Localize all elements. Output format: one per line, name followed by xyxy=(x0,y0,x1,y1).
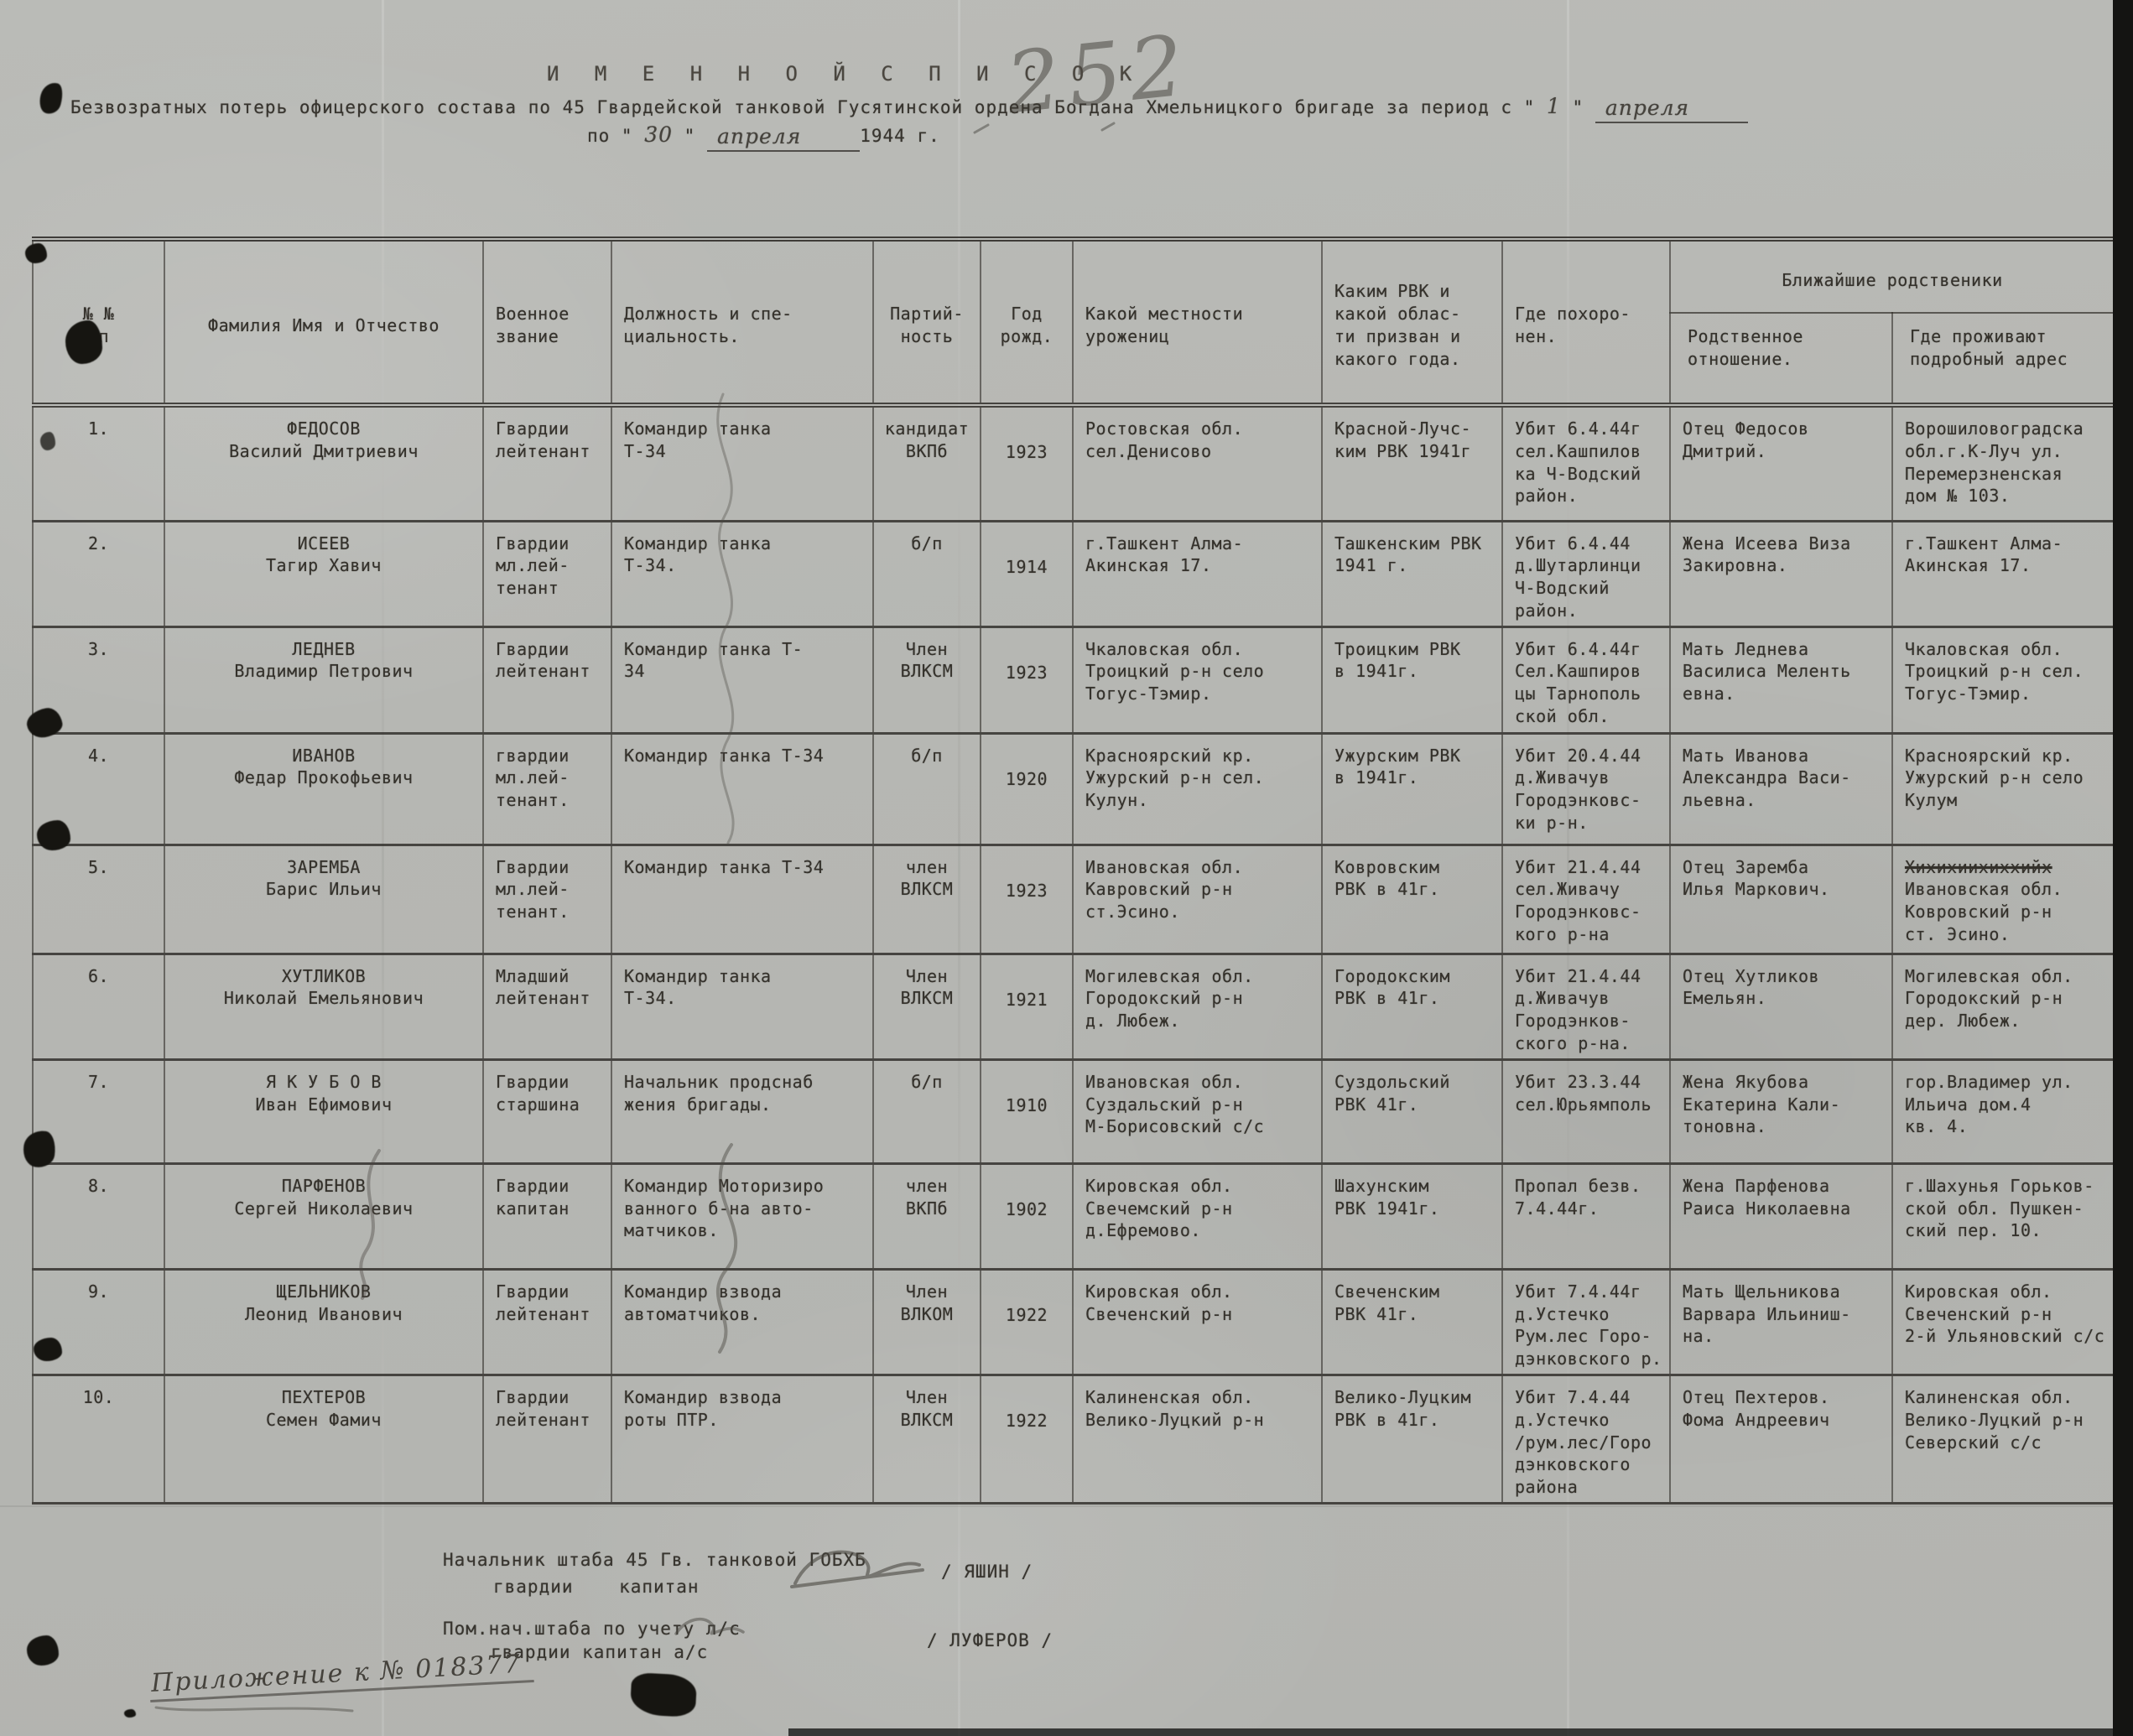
table-row: 4.ИВАНОВ Федар Прокофьевичгвардии мл.лей… xyxy=(33,733,2115,845)
cell-party: кандидат ВКПб xyxy=(873,405,981,521)
cell-birthplace: Могилевская обл. Городокский р-н д. Любе… xyxy=(1073,954,1322,1059)
tear-mark xyxy=(37,820,70,850)
cell-rvk: Суздольский РВК 41г. xyxy=(1322,1059,1502,1163)
cell-relation: Жена Исеева Виза Закировна. xyxy=(1670,521,1892,626)
table-row: 10.ПЕХТЕРОВ Семен ФамичГвардии лейтенант… xyxy=(33,1375,2115,1504)
cell-burial: Убит 21.4.44 д.Живачув Городэнков- ского… xyxy=(1502,954,1670,1059)
cell-rvk: Городокским РВК в 41г. xyxy=(1322,954,1502,1059)
col-header-year: Год рожд. xyxy=(981,239,1073,405)
cell-burial: Убит 6.4.44г сел.Кашпилов ка Ч-Водский р… xyxy=(1502,405,1670,521)
cell-address: Хихихиихиххийх Ивановская обл. Ковровски… xyxy=(1892,845,2115,954)
cell-birthplace: Калиненская обл. Велико-Луцкий р-н xyxy=(1073,1375,1322,1504)
cell-year: 1923 xyxy=(981,405,1073,521)
cell-rvk: Ташкенским РВК 1941 г. xyxy=(1322,521,1502,626)
tear-mark xyxy=(630,1672,698,1718)
cell-address: Красноярский кр. Ужурский р-н село Кулум xyxy=(1892,733,2115,845)
cell-name: ПАРФЕНОВ Сергей Николаевич xyxy=(164,1163,483,1269)
cell-address: Ворошиловоградска обл.г.К-Луч ул. Переме… xyxy=(1892,405,2115,521)
cell-rvk: Ковровским РВК в 41г. xyxy=(1322,845,1502,954)
cell-rank: Гвардии мл.лей- тенант xyxy=(483,521,611,626)
cell-position: Командир танка Т-34 xyxy=(611,845,873,954)
cell-address: г.Шахунья Горьков- ской обл. Пушкен- ски… xyxy=(1892,1163,2115,1269)
cell-position: Командир танка Т-34 xyxy=(611,733,873,845)
cell-position: Командир танка Т-34 xyxy=(611,405,873,521)
handwritten-month-to: апреля xyxy=(707,124,860,152)
cell-position: Командир Моторизиро ванного б-на авто- м… xyxy=(611,1163,873,1269)
table-row: 6.ХУТЛИКОВ Николай ЕмельяновичМладший ле… xyxy=(33,954,2115,1059)
table-row: 1.ФЕДОСОВ Василий ДмитриевичГвардии лейт… xyxy=(33,405,2115,521)
cell-address: Кировская обл. Свеченский р-н 2-й Ульяно… xyxy=(1892,1269,2115,1375)
col-header-relatives-group: Ближайшие родственики xyxy=(1670,239,2115,313)
cell-rank: Гвардии старшина xyxy=(483,1059,611,1163)
cell-position: Начальник продснаб жения бригады. xyxy=(611,1059,873,1163)
signature1-name: / ЯШИН / xyxy=(941,1562,1033,1582)
cell-rank: гвардии мл.лей- тенант. xyxy=(483,733,611,845)
cell-party: б/п xyxy=(873,733,981,845)
cell-birthplace: Ивановская обл. Кавровский р-н ст.Эсино. xyxy=(1073,845,1322,954)
cell-party: Член ВЛКСМ xyxy=(873,954,981,1059)
cell-position: Командир взвода роты ПТР. xyxy=(611,1375,873,1504)
cell-address: г.Ташкент Алма- Акинская 17. xyxy=(1892,521,2115,626)
tear-mark xyxy=(65,320,102,364)
signature1-title: Начальник штаба 45 Гв. танковой ГОБХБ xyxy=(443,1550,866,1570)
col-header-name: Фамилия Имя и Отчество xyxy=(164,239,483,405)
col-header-relation: Родственное отношение. xyxy=(1670,313,1892,405)
casualty-list-table: № № пп Фамилия Имя и Отчество Военное зв… xyxy=(32,236,2115,1505)
cell-year: 1922 xyxy=(981,1269,1073,1375)
table-header: № № пп Фамилия Имя и Отчество Военное зв… xyxy=(33,239,2115,405)
handwritten-day-to: 30 xyxy=(644,122,673,147)
cell-relation: Мать Иванова Александра Васи- льевна. xyxy=(1670,733,1892,845)
cell-burial: Убит 6.4.44г Сел.Кашпиров цы Тарнополь с… xyxy=(1502,626,1670,733)
cell-party: б/п xyxy=(873,1059,981,1163)
cell-year: 1920 xyxy=(981,733,1073,845)
subtitle-year: 1944 г. xyxy=(860,126,940,146)
cell-name: ИСЕЕВ Тагир Хавич xyxy=(164,521,483,626)
tear-mark xyxy=(124,1709,136,1718)
cell-relation: Отец Хутликов Емельян. xyxy=(1670,954,1892,1059)
cell-party: член ВКПб xyxy=(873,1163,981,1269)
cell-name: ЛЕДНЕВ Владимир Петрович xyxy=(164,626,483,733)
cell-birthplace: Кировская обл. Свечемский р-н д.Ефремово… xyxy=(1073,1163,1322,1269)
cell-address: гор.Владимер ул. Ильича дом.4 кв. 4. xyxy=(1892,1059,2115,1163)
tear-mark xyxy=(40,432,55,450)
cell-rvk: Шахунским РВК 1941г. xyxy=(1322,1163,1502,1269)
cell-position: Командир взвода автоматчиков. xyxy=(611,1269,873,1375)
cell-rvk: Троицким РВК в 1941г. xyxy=(1322,626,1502,733)
cell-rank: Гвардии лейтенант xyxy=(483,1269,611,1375)
cell-party: член ВЛКСМ xyxy=(873,845,981,954)
table-body: 1.ФЕДОСОВ Василий ДмитриевичГвардии лейт… xyxy=(33,405,2115,1504)
cell-num: 5. xyxy=(33,845,164,954)
scan-edge-bottom xyxy=(788,1728,2113,1736)
cell-birthplace: Ивановская обл. Суздальский р-н М-Борисо… xyxy=(1073,1059,1322,1163)
cell-year: 1923 xyxy=(981,626,1073,733)
cell-name: ЩЕЛЬНИКОВ Леонид Иванович xyxy=(164,1269,483,1375)
col-header-birthplace: Какой местности урожениц xyxy=(1073,239,1322,405)
cell-rank: Гвардии капитан xyxy=(483,1163,611,1269)
cell-name: ЗАРЕМБА Барис Ильич xyxy=(164,845,483,954)
cell-position: Командир танка Т- 34 xyxy=(611,626,873,733)
cell-party: б/п xyxy=(873,521,981,626)
cell-relation: Мать Леднева Василиса Меленть евна. xyxy=(1670,626,1892,733)
cell-relation: Мать Щельникова Варвара Ильиниш- на. xyxy=(1670,1269,1892,1375)
subtitle-quote: " xyxy=(1561,97,1595,117)
cell-name: ИВАНОВ Федар Прокофьевич xyxy=(164,733,483,845)
cell-relation: Жена Якубова Екатерина Кали- тоновна. xyxy=(1670,1059,1892,1163)
cell-year: 1910 xyxy=(981,1059,1073,1163)
cell-rvk: Красной-Лучс- ким РВК 1941г xyxy=(1322,405,1502,521)
col-header-burial: Где похоро- нен. xyxy=(1502,239,1670,405)
cell-birthplace: Чкаловская обл. Троицкий р-н село Тогус-… xyxy=(1073,626,1322,733)
cell-num: 1. xyxy=(33,405,164,521)
cell-num: 6. xyxy=(33,954,164,1059)
cell-relation: Отец Заремба Илья Маркович. xyxy=(1670,845,1892,954)
tear-mark xyxy=(25,243,47,263)
col-header-position: Должность и спе- циальность. xyxy=(611,239,873,405)
paper-crease xyxy=(0,1505,2133,1507)
cell-party: Член ВЛКОМ xyxy=(873,1269,981,1375)
cell-position: Командир танка Т-34. xyxy=(611,521,873,626)
cell-relation: Отец Пехтеров. Фома Андреевич xyxy=(1670,1375,1892,1504)
cell-burial: Убит 6.4.44 д.Шутарлинци Ч-Водский район… xyxy=(1502,521,1670,626)
struck-text: Хихихиихиххийх xyxy=(1905,857,2052,877)
cell-birthplace: г.Ташкент Алма- Акинская 17. xyxy=(1073,521,1322,626)
cell-name: ХУТЛИКОВ Николай Емельянович xyxy=(164,954,483,1059)
signature2-title: Пом.нач.штаба по учету л/с xyxy=(443,1619,741,1639)
cell-burial: Убит 23.3.44 сел.Юрьямполь xyxy=(1502,1059,1670,1163)
cell-burial: Убит 21.4.44 сел.Живачу Городэнковс- ког… xyxy=(1502,845,1670,954)
cell-num: 10. xyxy=(33,1375,164,1504)
document-subtitle-line2: по " 30 " апреля1944 г. xyxy=(587,122,940,150)
scan-edge-right xyxy=(2113,0,2133,1736)
tear-mark xyxy=(37,80,66,116)
cell-num: 8. xyxy=(33,1163,164,1269)
col-header-party: Партий- ность xyxy=(873,239,981,405)
cell-address: Чкаловская обл. Троицкий р-н сел. Тогус-… xyxy=(1892,626,2115,733)
cell-rvk: Свеченским РВК 41г. xyxy=(1322,1269,1502,1375)
subtitle-typed-text: по " xyxy=(587,126,644,146)
handwritten-day-from: 1 xyxy=(1547,94,1561,118)
cell-rank: Гвардии лейтенант xyxy=(483,1375,611,1504)
cell-burial: Убит 7.4.44 д.Устечко /рум.лес/Горо дэнк… xyxy=(1502,1375,1670,1504)
table-row: 5.ЗАРЕМБА Барис ИльичГвардии мл.лей- тен… xyxy=(33,845,2115,954)
cell-rank: Гвардии мл.лей- тенант. xyxy=(483,845,611,954)
cell-party: Член ВЛКСМ xyxy=(873,1375,981,1504)
cell-rvk: Ужурским РВК в 1941г. xyxy=(1322,733,1502,845)
table-row: 7.Я К У Б О В Иван ЕфимовичГвардии старш… xyxy=(33,1059,2115,1163)
attachment-note: Приложение к № 018377 xyxy=(148,1649,533,1702)
pencil-underline xyxy=(156,1707,352,1711)
handwritten-month-from: апреля xyxy=(1595,96,1748,123)
col-header-address: Где проживают подробный адрес xyxy=(1892,313,2115,405)
col-header-num: № № пп xyxy=(33,239,164,405)
cell-burial: Убит 7.4.44г д.Устечко Рум.лес Горо- дэн… xyxy=(1502,1269,1670,1375)
subtitle-typed-text: Безвозратных потерь офицерского состава … xyxy=(70,97,1547,117)
cell-burial: Пропал безв. 7.4.44г. xyxy=(1502,1163,1670,1269)
tear-mark xyxy=(34,1338,62,1361)
cell-party: Член ВЛКСМ xyxy=(873,626,981,733)
cell-name: Я К У Б О В Иван Ефимович xyxy=(164,1059,483,1163)
cell-year: 1921 xyxy=(981,954,1073,1059)
cell-year: 1922 xyxy=(981,1375,1073,1504)
cell-rank: Гвардии лейтенант xyxy=(483,626,611,733)
cell-address: Могилевская обл. Городокский р-н дер. Лю… xyxy=(1892,954,2115,1059)
tear-mark xyxy=(27,1635,59,1666)
table-row: 3.ЛЕДНЕВ Владимир ПетровичГвардии лейтен… xyxy=(33,626,2115,733)
cell-rvk: Велико-Луцким РВК в 41г. xyxy=(1322,1375,1502,1504)
cell-burial: Убит 20.4.44 д.Живачув Городэнковс- ки р… xyxy=(1502,733,1670,845)
table-row: 9.ЩЕЛЬНИКОВ Леонид ИвановичГвардии лейте… xyxy=(33,1269,2115,1375)
cell-address: Калиненская обл. Велико-Луцкий р-н Север… xyxy=(1892,1375,2115,1504)
cell-name: ФЕДОСОВ Василий Дмитриевич xyxy=(164,405,483,521)
cell-position: Командир танка Т-34. xyxy=(611,954,873,1059)
subtitle-quote: " xyxy=(673,126,707,146)
document-subtitle-line1: Безвозратных потерь офицерского состава … xyxy=(70,94,1748,122)
cell-year: 1902 xyxy=(981,1163,1073,1269)
table-row: 2.ИСЕЕВ Тагир ХавичГвардии мл.лей- тенан… xyxy=(33,521,2115,626)
col-header-rank: Военное звание xyxy=(483,239,611,405)
cell-relation: Отец Федосов Дмитрий. xyxy=(1670,405,1892,521)
signature2-name: / ЛУФЕРОВ / xyxy=(927,1630,1053,1650)
document-title: И М Е Н Н О Й С П И С О К xyxy=(547,62,1143,86)
cell-birthplace: Красноярский кр. Ужурский р-н сел. Кулун… xyxy=(1073,733,1322,845)
header-row-1: № № пп Фамилия Имя и Отчество Военное зв… xyxy=(33,239,2115,313)
col-header-rvk: Каким РВК и какой облас- ти призван и ка… xyxy=(1322,239,1502,405)
cell-birthplace: Кировская обл. Свеченский р-н xyxy=(1073,1269,1322,1375)
table-row: 8.ПАРФЕНОВ Сергей НиколаевичГвардии капи… xyxy=(33,1163,2115,1269)
cell-num: 2. xyxy=(33,521,164,626)
cell-rank: Младший лейтенант xyxy=(483,954,611,1059)
cell-rank: Гвардии лейтенант xyxy=(483,405,611,521)
cell-year: 1914 xyxy=(981,521,1073,626)
scanned-document-page: 252 И М Е Н Н О Й С П И С О К Безвозратн… xyxy=(0,0,2133,1736)
cell-year: 1923 xyxy=(981,845,1073,954)
cell-relation: Жена Парфенова Раиса Николаевна xyxy=(1670,1163,1892,1269)
cell-birthplace: Ростовская обл. сел.Денисово xyxy=(1073,405,1322,521)
signature1-rank: гвардии капитан xyxy=(493,1577,700,1597)
cell-name: ПЕХТЕРОВ Семен Фамич xyxy=(164,1375,483,1504)
